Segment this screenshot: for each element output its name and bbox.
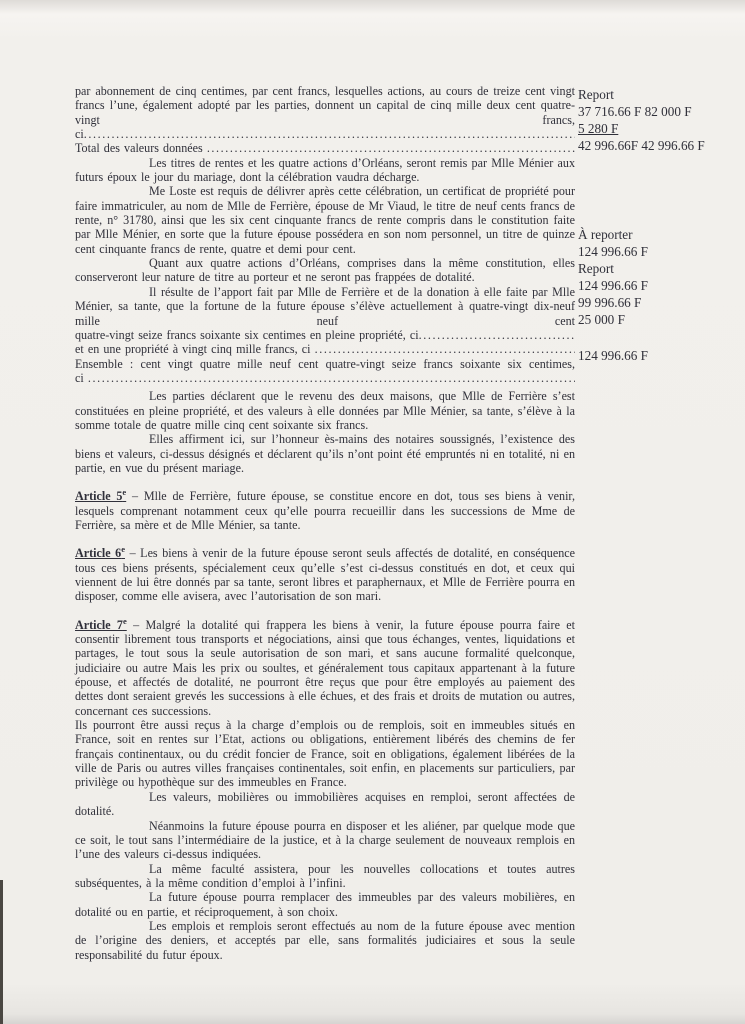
ledger-line-99996: 99 996.66 F <box>578 294 738 311</box>
ledger-line-total-124996: 124 996.66 F <box>578 347 738 364</box>
paragraph-total-valeurs: Total des valeurs données ..............… <box>75 141 575 155</box>
article-7-paragraph: Article 7e – Malgré la dotalité qui frap… <box>75 618 575 718</box>
dotted-leader-line: ci .....................................… <box>75 371 575 385</box>
paragraph-text: par abonnement de cinq centimes, par cen… <box>75 84 575 127</box>
paragraph-ensemble: Ensemble : cent vingt quatre mille neuf … <box>75 357 575 386</box>
ledger-line-a-reporter: À reporter <box>578 226 738 243</box>
scan-edge-left <box>0 880 3 1024</box>
ledger-block-total: 124 996.66 F <box>578 347 738 364</box>
paragraph-actions-orleans: Quant aux quatre actions d’Orléans, comp… <box>75 256 575 285</box>
ledger-block-report-top: Report 37 716.66 F 82 000 F 5 280 F 42 9… <box>578 86 738 154</box>
paragraph-parties-declarent: Les parties déclarent que le revenu des … <box>75 389 575 432</box>
paragraph-meme-faculte: La même faculté assistera, pour les nouv… <box>75 862 575 891</box>
article-5-label: Article 5e <box>75 489 126 503</box>
scanned-document-page: par abonnement de cinq centimes, par cen… <box>0 0 745 1024</box>
leader-label: et en une propriété à vingt cinq mille f… <box>75 342 315 356</box>
paragraph-valeurs-remploi: Les valeurs, mobilières ou immobilières … <box>75 790 575 819</box>
paragraph-remplacer-immeubles: La future épouse pourra remplacer des im… <box>75 890 575 919</box>
document-body: par abonnement de cinq centimes, par cen… <box>75 84 575 962</box>
ledger-line-amounts: 37 716.66 F 82 000 F <box>578 103 738 120</box>
leader-label: quatre-vingt seize francs soixante six c… <box>75 328 419 342</box>
leader-dots: ........................................… <box>88 371 575 385</box>
leader-label: Total des valeurs données <box>75 141 207 155</box>
article-7-label: Article 7e <box>75 618 127 632</box>
leader-dots: ........................................… <box>84 127 575 141</box>
paragraph-capital-actions: par abonnement de cinq centimes, par cen… <box>75 84 575 141</box>
ledger-line-5280: 5 280 F <box>578 120 738 137</box>
ledger-line-25000: 25 000 F <box>578 311 738 328</box>
ledger-line-124996: 124 996.66 F <box>578 277 738 294</box>
article-6-paragraph: Article 6e – Les biens à venir de la fut… <box>75 546 575 603</box>
ledger-line-42996: 42 996.66F 42 996.66 F <box>578 137 738 154</box>
article-7-text: – Malgré la dotalité qui frappera les bi… <box>75 618 575 718</box>
leader-dots: ........................................… <box>315 342 575 356</box>
ledger-line-report: Report <box>578 260 738 277</box>
paragraph-neanmoins: Néanmoins la future épouse pourra en dis… <box>75 819 575 862</box>
paragraph-elles-affirment: Elles affirment ici, sur l’honneur ès-ma… <box>75 432 575 475</box>
article-6-label: Article 6e <box>75 546 125 560</box>
paragraph-text: Il résulte de l’apport fait par Mlle de … <box>75 285 575 328</box>
leader-label: ci <box>75 371 88 385</box>
ledger-line-report: Report <box>578 86 738 103</box>
dotted-leader-line: et en une propriété à vingt cinq mille f… <box>75 342 575 356</box>
paragraph-me-loste: Me Loste est requis de délivrer après ce… <box>75 184 575 256</box>
paragraph-text: Ensemble : cent vingt quatre mille neuf … <box>75 357 575 371</box>
article-5-paragraph: Article 5e – Mlle de Ferrière, future ép… <box>75 489 575 532</box>
paragraph-il-resulte: Il résulte de l’apport fait par Mlle de … <box>75 285 575 342</box>
leader-label: ci <box>75 127 84 141</box>
dotted-leader-line: quatre-vingt seize francs soixante six c… <box>75 328 575 342</box>
leader-dots: ........................................… <box>207 141 575 155</box>
leader-dots: ........................................… <box>419 328 575 342</box>
paragraph-propriete-25000: et en une propriété à vingt cinq mille f… <box>75 342 575 356</box>
ledger-line-124996: 124 996.66 F <box>578 243 738 260</box>
dotted-leader-line: ci .....................................… <box>75 127 575 141</box>
ledger-block-a-reporter: À reporter 124 996.66 F Report 124 996.6… <box>578 226 738 328</box>
paragraph-titres-rentes: Les titres de rentes et les quatre actio… <box>75 156 575 185</box>
paragraph-emplois-remplois: Les emplois et remplois seront effectués… <box>75 919 575 962</box>
paragraph-ils-pourront: Ils pourront être aussi reçus à la charg… <box>75 718 575 790</box>
dotted-leader-line: Total des valeurs données ..............… <box>75 141 575 155</box>
article-5-text: – Mlle de Ferrière, future épouse, se co… <box>75 489 575 532</box>
article-6-text: – Les biens à venir de la future épouse … <box>75 546 575 603</box>
